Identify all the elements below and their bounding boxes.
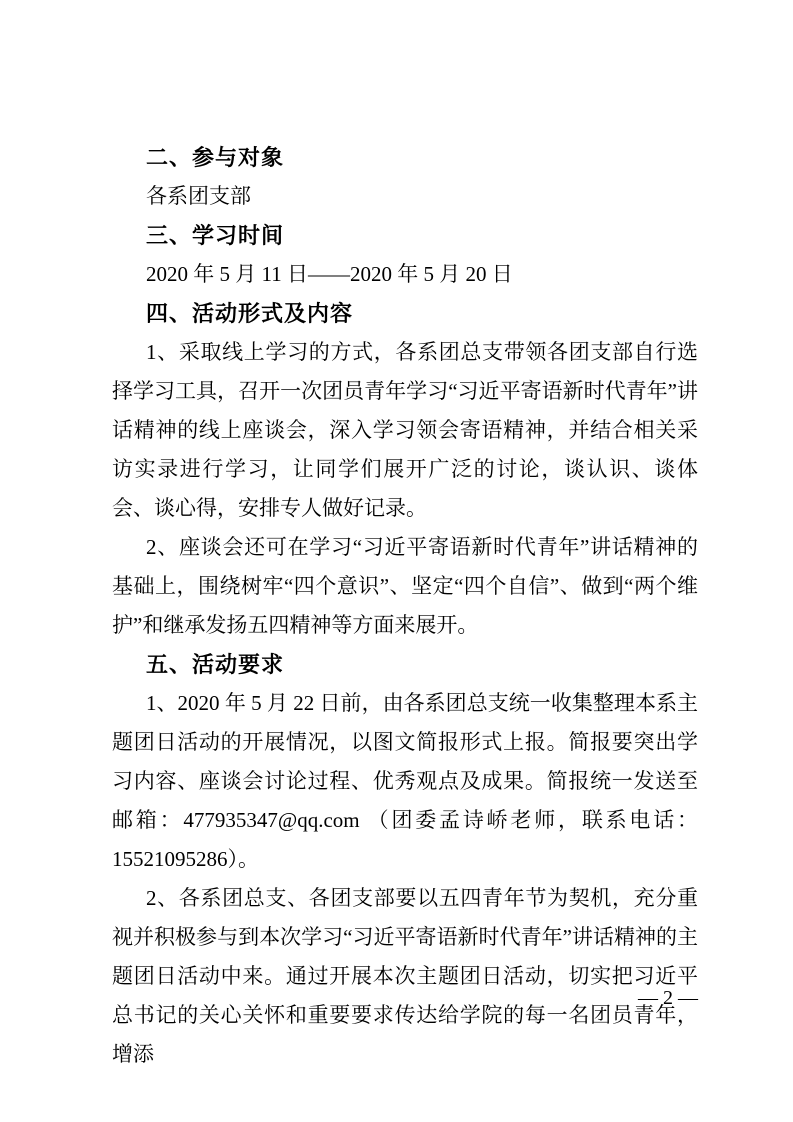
- paragraph-activity-requirements-2: 2、各系团总支、各团支部要以五四青年节为契机，充分重视并积极参与到本次学习“习近…: [112, 879, 698, 1074]
- paragraph-study-time: 2020 年 5 月 11 日——2020 年 5 月 20 日: [112, 255, 698, 294]
- document-body: 二、参与对象 各系团支部 三、学习时间 2020 年 5 月 11 日——202…: [112, 138, 698, 1074]
- section-heading-participants: 二、参与对象: [112, 138, 698, 177]
- document-page: 二、参与对象 各系团支部 三、学习时间 2020 年 5 月 11 日——202…: [0, 0, 793, 1122]
- section-heading-study-time: 三、学习时间: [112, 216, 698, 255]
- section-heading-activity-format: 四、活动形式及内容: [112, 294, 698, 333]
- paragraph-participants: 各系团支部: [112, 177, 698, 216]
- paragraph-activity-requirements-1: 1、2020 年 5 月 22 日前，由各系团总支统一收集整理本系主题团日活动的…: [112, 684, 698, 879]
- paragraph-activity-format-1: 1、采取线上学习的方式，各系团总支带领各团支部自行选择学习工具，召开一次团员青年…: [112, 333, 698, 528]
- paragraph-activity-format-2: 2、座谈会还可在学习“习近平寄语新时代青年”讲话精神的基础上，围绕树牢“四个意识…: [112, 528, 698, 645]
- page-number: — 2 —: [638, 987, 698, 1010]
- section-heading-activity-requirements: 五、活动要求: [112, 645, 698, 684]
